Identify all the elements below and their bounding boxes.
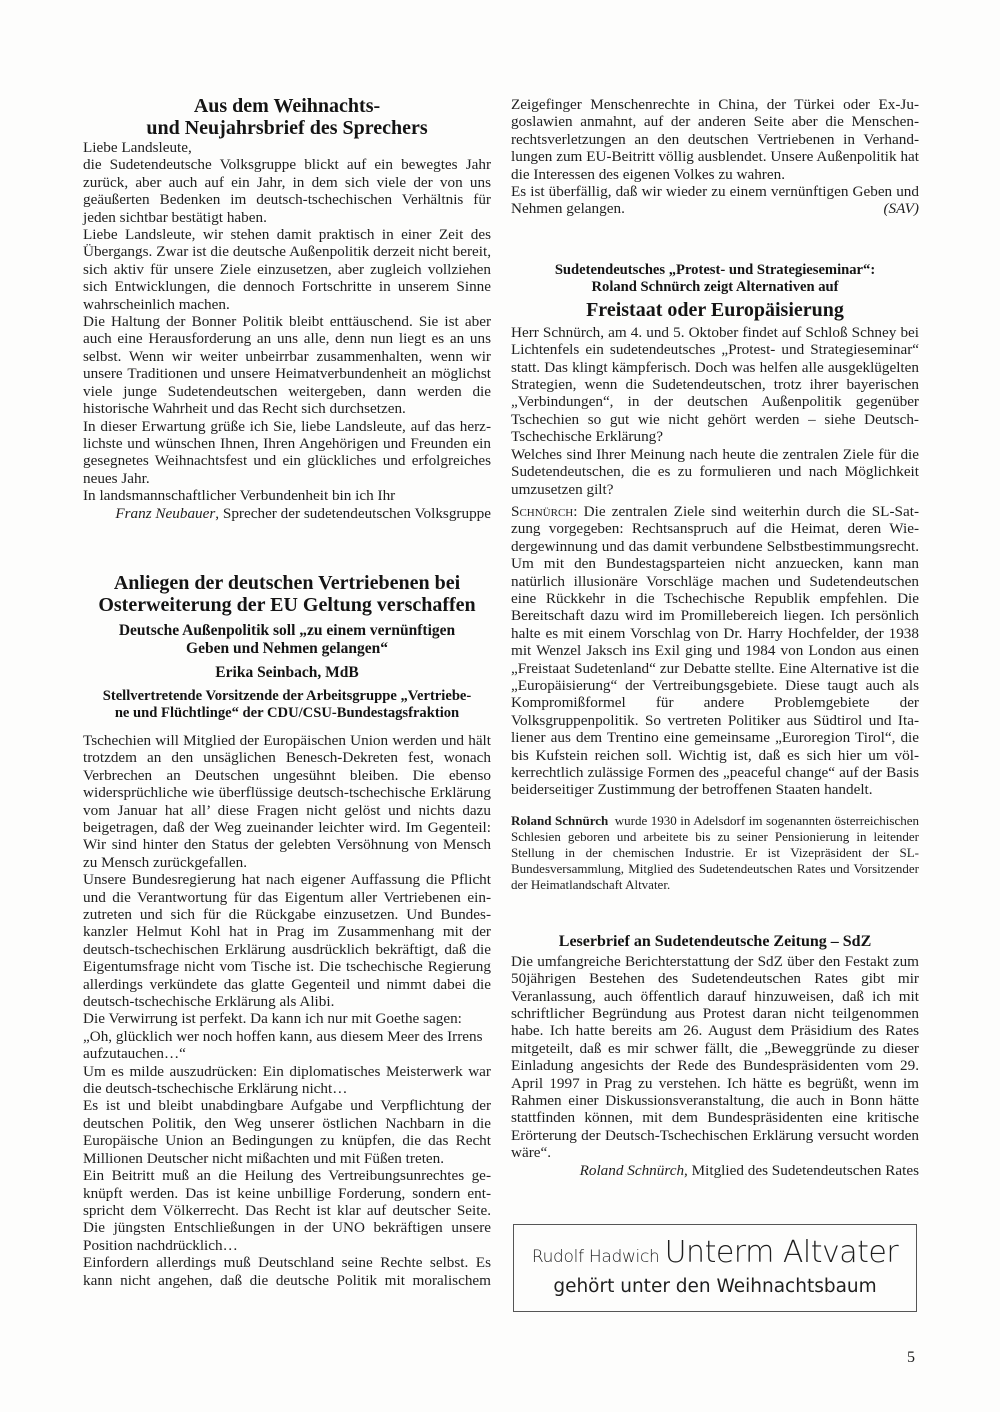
article-christmas-letter: Aus dem Weihnachts- und Neujahrsbrief de… (83, 95, 491, 522)
ad-headline: Rudolf Hadwich Unterm Altvater (514, 1235, 916, 1270)
article-eu-expansion: Anliegen der deutschen Vertriebenen bei … (83, 572, 491, 1289)
interview-question: Welches sind Ihrer Meinung nach heute di… (511, 446, 919, 498)
paragraph: In dieser Erwartung grüße ich Sie, liebe… (83, 418, 491, 488)
article-kicker: Sudetendeutsches „Protest- und Strategie… (511, 262, 919, 296)
article-subtitle: Deutsche Außenpolitik soll „zu einem ver… (83, 622, 491, 658)
article-author: Erika Seinbach, MdB (83, 664, 491, 682)
right-column: Zeigefinger Menschenrechte in China, der… (511, 96, 919, 1179)
paragraph: Tschechien will Mitglied der Europäische… (83, 732, 491, 871)
signature-name: Roland Schnürch (580, 1162, 684, 1179)
article-interview: Sudetendeutsches „Protest- und Strategie… (511, 262, 919, 893)
signature-role: , Sprecher der sudetendeutschen Volksgru… (215, 505, 491, 522)
article-title: Freistaat oder Europäisierung (511, 299, 919, 321)
book-advertisement: Rudolf Hadwich Unterm Altvater gehört un… (513, 1224, 917, 1312)
page-number: 5 (907, 1349, 915, 1367)
title-line-2: Osterweiterung der EU Geltung verschaffe… (98, 594, 475, 616)
paragraph: Liebe Landsleute, wir stehen damit prakt… (83, 226, 491, 313)
ad-book-title: Unterm Altvater (665, 1235, 899, 1270)
newspaper-page: Aus dem Weihnachts- und Neujahrsbrief de… (0, 0, 1000, 1412)
answer-text: : Die zentralen Ziele sind weiterhin dur… (511, 503, 919, 799)
spacer (83, 722, 491, 732)
article-title: Aus dem Weihnachts- und Neujahrsbrief de… (83, 95, 491, 139)
paragraph: Zeigefinger Menschenrechte in China, der… (511, 96, 919, 183)
author-role-line-2: ne und Flüchtlinge“ der CDU/CSU-Bundesta… (115, 705, 459, 721)
answer-speaker: Schnürch (511, 503, 573, 520)
left-column: Aus dem Weihnachts- und Neujahrsbrief de… (83, 95, 491, 1289)
paragraph: die Sudetendeutsche Volksgruppe blickt a… (83, 156, 491, 226)
title-line-2: und Neujahrsbrief des Sprechers (146, 117, 427, 139)
bio-name: Roland Schnürch (511, 813, 608, 828)
subtitle-line-2: Geben und Nehmen gelangen“ (186, 640, 388, 657)
signature: Roland Schnürch, Mitglied des Sudetendeu… (511, 1162, 919, 1179)
paragraph: Die Verwirrung ist perfekt. Da kann ich … (83, 1010, 491, 1062)
paragraph-closing: In landsmannschaftlicher Verbundenheit b… (83, 487, 491, 504)
kicker-line-1: Sudetendeutsches „Protest- und Strategie… (555, 262, 875, 278)
paragraph: Um es milde auszudrücken: Ein diplomatis… (83, 1063, 491, 1098)
paragraph: Ein Beitritt muß an die Heilung des Vert… (83, 1167, 491, 1254)
paragraph: Die umfangreiche Berichterstattung der S… (511, 953, 919, 1162)
article-reader-letter: Leserbrief an Sudetendeutsche Zeitung – … (511, 933, 919, 1179)
section-gap (511, 893, 919, 933)
paragraph: Unsere Bundesregierung hat nach eigener … (83, 871, 491, 1010)
interview-question: Herr Schnürch, am 4. und 5. Oktober find… (511, 324, 919, 446)
paragraph: Es ist und bleibt unabdingbare Aufgabe u… (83, 1097, 491, 1167)
signature: Franz Neubauer, Sprecher der sudetendeut… (83, 505, 491, 522)
article-eu-expansion-continued: Zeigefinger Menschenrechte in China, der… (511, 96, 919, 218)
paragraph: Einfordern allerdings muß Deutschland se… (83, 1254, 491, 1289)
closing-text: Es ist überfällig, daß wir wieder zu ein… (511, 183, 919, 217)
section-gap (83, 522, 491, 572)
author-role: Stellvertretende Vorsitzende der Arbeits… (83, 688, 491, 722)
ad-author: Rudolf Hadwich (532, 1247, 660, 1267)
source-tag: (SAV) (883, 200, 919, 217)
kicker-line-2: Roland Schnürch zeigt Alternativen auf (591, 279, 838, 295)
title-line-1: Aus dem Weihnachts- (194, 95, 380, 117)
section-gap (511, 218, 919, 262)
title-line-1: Anliegen der deutschen Vertriebenen bei (114, 572, 460, 594)
subtitle-line-1: Deutsche Außenpolitik soll „zu einem ver… (119, 622, 455, 639)
spacer (511, 799, 919, 813)
signature-role: , Mitglied des Sudetendeutschen Rates (684, 1162, 919, 1179)
author-role-line-1: Stellvertretende Vorsitzende der Arbeits… (103, 688, 472, 704)
signature-name: Franz Neubauer (115, 505, 215, 522)
article-title: Anliegen der deutschen Vertriebenen bei … (83, 572, 491, 616)
closing-paragraph: Es ist überfällig, daß wir wieder zu ein… (511, 183, 919, 218)
article-title: Leserbrief an Sudetendeutsche Zeitung – … (511, 933, 919, 951)
ad-tagline: gehört unter den Weihnachtsbaum (514, 1276, 916, 1297)
salutation: Liebe Landsleute, (83, 139, 491, 156)
paragraph: Die Haltung der Bonner Politik bleibt en… (83, 313, 491, 417)
interview-answer: Schnürch: Die zentralen Ziele sind weite… (511, 503, 919, 799)
author-bio: Roland Schnürch wurde 1930 in Adelsdorf … (511, 813, 919, 893)
